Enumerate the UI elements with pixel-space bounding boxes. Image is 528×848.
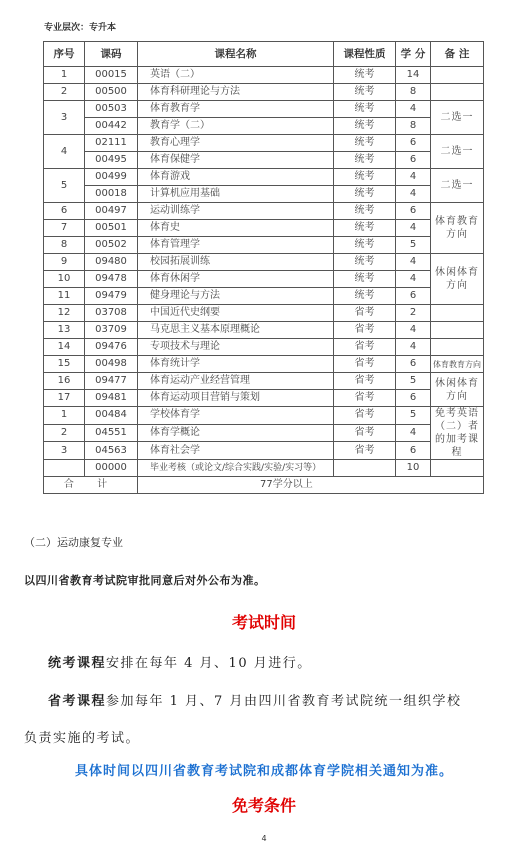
cell-name: 体育科研理论与方法 (138, 84, 334, 101)
total-value: 77学分以上 (138, 477, 484, 494)
cell-no: 4 (44, 135, 85, 169)
cell-code: 00000 (85, 460, 138, 477)
cell-credit: 6 (396, 442, 431, 460)
table-row: 12 03708 中国近代史纲要 省考 2 (44, 305, 484, 322)
cell-code: 00500 (85, 84, 138, 101)
cell-no: 9 (44, 254, 85, 271)
cell-credit: 6 (396, 203, 431, 220)
cell-name: 体育运动项目营销与策划 (138, 390, 334, 407)
cell-type: 统考 (334, 203, 396, 220)
cell-type: 省考 (334, 356, 396, 373)
cell-name: 体育教育学 (138, 101, 334, 118)
header-type: 课程性质 (334, 42, 396, 67)
table-row: 17 09481 体育运动项目营销与策划 省考 6 (44, 390, 484, 407)
cell-credit: 4 (396, 339, 431, 356)
cell-no: 13 (44, 322, 85, 339)
cell-note: 休闲体育方向 (431, 373, 484, 407)
cell-code: 00018 (85, 186, 138, 203)
header-note: 备 注 (431, 42, 484, 67)
table-row: 00495 体育保健学 统考 6 (44, 152, 484, 169)
cell-code: 09480 (85, 254, 138, 271)
table-row: 2 04551 体育学概论 省考 4 (44, 424, 484, 442)
cell-code: 02111 (85, 135, 138, 152)
cell-credit: 4 (396, 101, 431, 118)
cell-credit: 4 (396, 254, 431, 271)
cell-credit: 4 (396, 169, 431, 186)
cell-no: 8 (44, 237, 85, 254)
cell-code: 09478 (85, 271, 138, 288)
cell-code: 04563 (85, 442, 138, 460)
cell-name: 体育学概论 (138, 424, 334, 442)
cell-credit: 6 (396, 135, 431, 152)
cell-note (431, 305, 484, 322)
cell-type: 统考 (334, 271, 396, 288)
cell-type (334, 460, 396, 477)
cell-code: 03708 (85, 305, 138, 322)
table-row: 10 09478 体育休闲学 统考 4 (44, 271, 484, 288)
cell-type: 省考 (334, 339, 396, 356)
unified-label: 统考课程 (48, 656, 106, 671)
table-row: 00018 计算机应用基础 统考 4 (44, 186, 484, 203)
table-row: 1 00015 英语（二） 统考 14 (44, 67, 484, 84)
cell-note: 休闲体育方向 (431, 254, 484, 305)
cell-note: 二选一 (431, 101, 484, 135)
schedule-notice: 具体时间以四川省教育考试院和成都体育学院相关通知为准。 (0, 760, 528, 779)
cell-name: 计算机应用基础 (138, 186, 334, 203)
cell-no: 15 (44, 356, 85, 373)
cell-note (431, 84, 484, 101)
exemption-heading: 免考条件 (0, 793, 528, 816)
cell-note: 二选一 (431, 169, 484, 203)
cell-no: 1 (44, 407, 85, 425)
cell-code: 00502 (85, 237, 138, 254)
table-row: 13 03709 马克思主义基本原理概论 省考 4 (44, 322, 484, 339)
table-row: 8 00502 体育管理学 统考 5 (44, 237, 484, 254)
provincial-text: 参加每年 1 月、7 月由四川省教育考试院统一组织学校 (106, 694, 461, 709)
cell-name: 体育游戏 (138, 169, 334, 186)
table-row: 3 00503 体育教育学 统考 4 二选一 (44, 101, 484, 118)
cell-type: 省考 (334, 442, 396, 460)
unified-text: 安排在每年 4 月、10 月进行。 (106, 656, 312, 671)
cell-type: 省考 (334, 322, 396, 339)
cell-no: 11 (44, 288, 85, 305)
unified-exam-paragraph: 统考课程安排在每年 4 月、10 月进行。 (48, 652, 312, 671)
cell-code: 00499 (85, 169, 138, 186)
cell-type: 省考 (334, 373, 396, 390)
table-row: 7 00501 体育史 统考 4 (44, 220, 484, 237)
cell-type: 省考 (334, 407, 396, 425)
cell-type: 省考 (334, 424, 396, 442)
table-row: 16 09477 体育运动产业经营管理 省考 5 休闲体育方向 (44, 373, 484, 390)
section-title: （二）运动康复专业 (24, 534, 123, 550)
total-row: 合 计 77学分以上 (44, 477, 484, 494)
cell-name: 体育管理学 (138, 237, 334, 254)
table-header-row: 序号 课码 课程名称 课程性质 学 分 备 注 (44, 42, 484, 67)
cell-name: 教育学（二） (138, 118, 334, 135)
cell-note: 免考英语（二）者的加考课程 (431, 407, 484, 460)
cell-credit: 14 (396, 67, 431, 84)
cell-note: 体育教育方向 (431, 356, 484, 373)
cell-credit: 10 (396, 460, 431, 477)
cell-name: 中国近代史纲要 (138, 305, 334, 322)
cell-no: 14 (44, 339, 85, 356)
cell-credit: 6 (396, 356, 431, 373)
cell-name: 英语（二） (138, 67, 334, 84)
cell-name: 专项技术与理论 (138, 339, 334, 356)
cell-code: 03709 (85, 322, 138, 339)
cell-credit: 4 (396, 186, 431, 203)
cell-name: 马克思主义基本原理概论 (138, 322, 334, 339)
cell-name: 毕业考核（或论文/综合实践/实验/实习等） (138, 460, 334, 477)
cell-code: 00497 (85, 203, 138, 220)
cell-no: 2 (44, 424, 85, 442)
table-row: 00442 教育学（二） 统考 8 (44, 118, 484, 135)
cell-code: 00495 (85, 152, 138, 169)
header-code: 课码 (85, 42, 138, 67)
cell-credit: 4 (396, 322, 431, 339)
cell-type: 统考 (334, 186, 396, 203)
cell-code: 04551 (85, 424, 138, 442)
cell-no: 3 (44, 101, 85, 135)
cell-no: 5 (44, 169, 85, 203)
table-row: 6 00497 运动训练学 统考 6 体育教育方向 (44, 203, 484, 220)
cell-type: 统考 (334, 135, 396, 152)
cell-code: 00442 (85, 118, 138, 135)
cell-code: 00015 (85, 67, 138, 84)
cell-credit: 5 (396, 373, 431, 390)
cell-code: 09476 (85, 339, 138, 356)
cell-name: 体育统计学 (138, 356, 334, 373)
approval-note: 以四川省教育考试院审批同意后对外公布为准。 (24, 572, 266, 588)
header-name: 课程名称 (138, 42, 334, 67)
cell-no (44, 460, 85, 477)
cell-type: 统考 (334, 237, 396, 254)
cell-code: 00501 (85, 220, 138, 237)
total-label: 合 计 (44, 477, 138, 494)
cell-no: 3 (44, 442, 85, 460)
cell-note: 体育教育方向 (431, 203, 484, 254)
cell-name: 健身理论与方法 (138, 288, 334, 305)
header-credit: 学 分 (396, 42, 431, 67)
cell-credit: 8 (396, 118, 431, 135)
cell-credit: 8 (396, 84, 431, 101)
cell-no: 7 (44, 220, 85, 237)
provincial-exam-continuation: 负责实施的考试。 (24, 727, 140, 746)
cell-code: 09477 (85, 373, 138, 390)
cell-name: 体育史 (138, 220, 334, 237)
cell-credit: 4 (396, 220, 431, 237)
course-table: 序号 课码 课程名称 课程性质 学 分 备 注 1 00015 英语（二） 统考… (43, 41, 484, 494)
cell-name: 体育保健学 (138, 152, 334, 169)
cell-note (431, 322, 484, 339)
table-row: 00000 毕业考核（或论文/综合实践/实验/实习等） 10 (44, 460, 484, 477)
cell-note (431, 460, 484, 477)
cell-type: 统考 (334, 101, 396, 118)
cell-no: 2 (44, 84, 85, 101)
cell-no: 10 (44, 271, 85, 288)
exam-time-heading: 考试时间 (0, 610, 528, 633)
cell-type: 统考 (334, 67, 396, 84)
cell-name: 体育运动产业经营管理 (138, 373, 334, 390)
cell-name: 体育社会学 (138, 442, 334, 460)
cell-no: 1 (44, 67, 85, 84)
cell-credit: 6 (396, 288, 431, 305)
table-row: 15 00498 体育统计学 省考 6 体育教育方向 (44, 356, 484, 373)
cell-note (431, 339, 484, 356)
cell-credit: 4 (396, 424, 431, 442)
header-no: 序号 (44, 42, 85, 67)
cell-type: 统考 (334, 254, 396, 271)
table-row: 14 09476 专项技术与理论 省考 4 (44, 339, 484, 356)
cell-credit: 5 (396, 407, 431, 425)
cell-code: 09481 (85, 390, 138, 407)
cell-credit: 2 (396, 305, 431, 322)
cell-credit: 6 (396, 152, 431, 169)
provincial-label: 省考课程 (48, 694, 106, 709)
cell-name: 体育休闲学 (138, 271, 334, 288)
cell-type: 统考 (334, 118, 396, 135)
table-row: 9 09480 校园拓展训练 统考 4 休闲体育方向 (44, 254, 484, 271)
cell-credit: 5 (396, 237, 431, 254)
cell-code: 00503 (85, 101, 138, 118)
table-row: 4 02111 教育心理学 统考 6 二选一 (44, 135, 484, 152)
cell-type: 统考 (334, 288, 396, 305)
cell-code: 00484 (85, 407, 138, 425)
table-row: 3 04563 体育社会学 省考 6 (44, 442, 484, 460)
cell-type: 统考 (334, 152, 396, 169)
table-row: 11 09479 健身理论与方法 统考 6 (44, 288, 484, 305)
cell-credit: 6 (396, 390, 431, 407)
cell-no: 16 (44, 373, 85, 390)
cell-code: 09479 (85, 288, 138, 305)
cell-no: 17 (44, 390, 85, 407)
cell-type: 统考 (334, 84, 396, 101)
cell-note (431, 67, 484, 84)
cell-name: 运动训练学 (138, 203, 334, 220)
cell-type: 省考 (334, 305, 396, 322)
cell-type: 省考 (334, 390, 396, 407)
program-level-label: 专业层次：专升本 (44, 20, 116, 33)
table-row: 1 00484 学校体育学 省考 5 免考英语（二）者的加考课程 (44, 407, 484, 425)
table-row: 2 00500 体育科研理论与方法 统考 8 (44, 84, 484, 101)
cell-code: 00498 (85, 356, 138, 373)
table-row: 5 00499 体育游戏 统考 4 二选一 (44, 169, 484, 186)
provincial-exam-paragraph: 省考课程参加每年 1 月、7 月由四川省教育考试院统一组织学校 (48, 690, 461, 709)
page-number: 4 (0, 834, 528, 843)
cell-no: 12 (44, 305, 85, 322)
cell-name: 教育心理学 (138, 135, 334, 152)
cell-credit: 4 (396, 271, 431, 288)
cell-type: 统考 (334, 220, 396, 237)
cell-name: 校园拓展训练 (138, 254, 334, 271)
cell-note: 二选一 (431, 135, 484, 169)
cell-name: 学校体育学 (138, 407, 334, 425)
cell-no: 6 (44, 203, 85, 220)
cell-type: 统考 (334, 169, 396, 186)
